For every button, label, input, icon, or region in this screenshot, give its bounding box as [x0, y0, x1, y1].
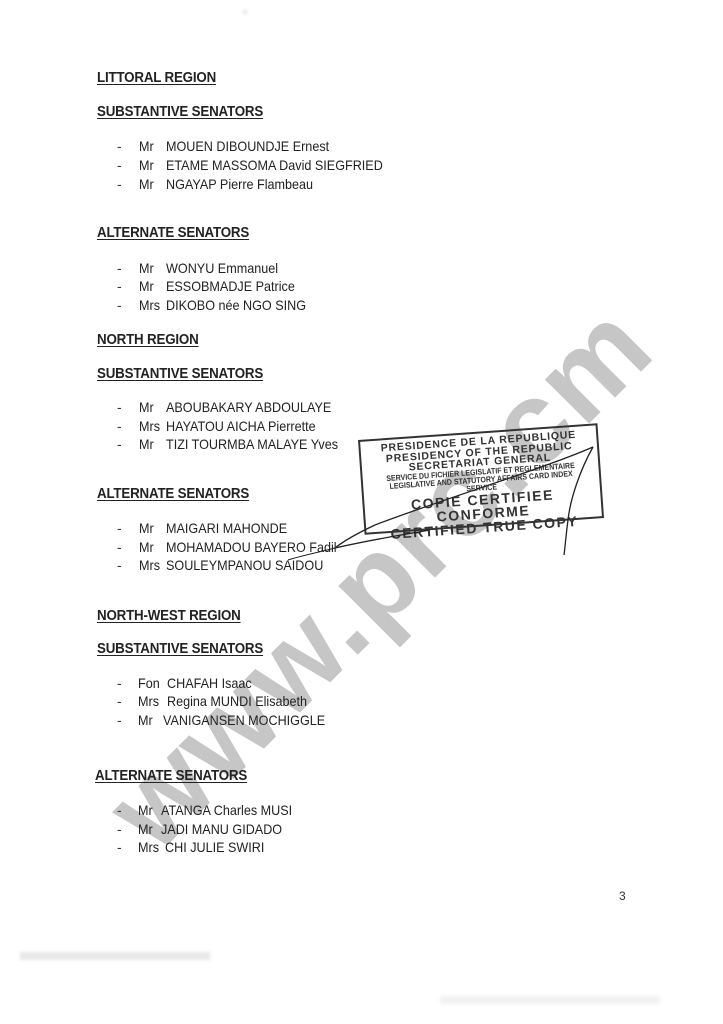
region-heading-littoral: LITTORAL REGION: [97, 70, 216, 86]
senator-name: MAIGARI MAHONDE: [166, 520, 287, 536]
bullet: -: [117, 675, 122, 691]
bullet: -: [117, 520, 122, 536]
senator-title: Mr: [138, 712, 153, 728]
senator-title: Fon: [138, 675, 160, 691]
senator-name: WONYU Emmanuel: [166, 260, 278, 276]
senator-title: Mr: [139, 157, 154, 173]
senator-title: Mrs: [139, 297, 160, 313]
senator-name: MOHAMADOU BAYERO Fadil: [166, 539, 337, 555]
bullet: -: [117, 278, 122, 294]
senator-title: Mr: [139, 260, 154, 276]
bullet: -: [117, 418, 122, 434]
senator-title: Mrs: [139, 557, 160, 573]
senator-name: VANIGANSEN MOCHIGGLE: [163, 712, 325, 728]
senator-name: TIZI TOURMBA MALAYE Yves: [166, 436, 338, 452]
substantive-heading-north-west: SUBSTANTIVE SENATORS: [97, 641, 263, 657]
senator-title: Mrs: [138, 839, 159, 855]
alternate-heading-littoral: ALTERNATE SENATORS: [97, 225, 249, 241]
senator-name: ATANGA Charles MUSI: [161, 802, 292, 818]
bullet: -: [117, 176, 122, 192]
bullet: -: [117, 138, 122, 154]
bullet: -: [117, 557, 122, 573]
senator-name: ETAME MASSOMA David SIEGFRIED: [166, 157, 383, 173]
substantive-heading-littoral: SUBSTANTIVE SENATORS: [97, 104, 263, 120]
senator-title: Mr: [139, 539, 154, 555]
senator-name: CHAFAH Isaac: [167, 675, 252, 691]
senator-name: NGAYAP Pierre Flambeau: [166, 176, 313, 192]
senator-name: MOUEN DIBOUNDJE Ernest: [166, 138, 329, 154]
bullet: -: [117, 297, 122, 313]
senator-title: Mr: [139, 278, 154, 294]
bullet: -: [117, 802, 122, 818]
bullet: -: [117, 839, 122, 855]
senator-name: DIKOBO née NGO SING: [166, 297, 306, 313]
bullet: -: [117, 399, 122, 415]
alternate-heading-north-west: ALTERNATE SENATORS: [95, 768, 247, 784]
bullet: -: [117, 712, 122, 728]
bleed-through-mark: [20, 952, 210, 960]
senator-title: Mr: [139, 436, 154, 452]
alternate-heading-north: ALTERNATE SENATORS: [97, 486, 249, 502]
senator-name: HAYATOU AICHA Pierrette: [166, 418, 316, 434]
bullet: -: [117, 436, 122, 452]
senator-name: ABOUBAKARY ABDOULAYE: [166, 399, 331, 415]
senator-title: Mrs: [139, 418, 160, 434]
senator-name: CHI JULIE SWIRI: [165, 839, 264, 855]
senator-title: Mr: [138, 802, 153, 818]
senator-name: ESSOBMADJE Patrice: [166, 278, 295, 294]
senator-title: Mr: [139, 176, 154, 192]
senator-name: JADI MANU GIDADO: [161, 821, 282, 837]
senator-title: Mr: [139, 520, 154, 536]
senator-name: Regina MUNDI Elisabeth: [167, 693, 307, 709]
senator-title: Mr: [139, 138, 154, 154]
bullet: -: [117, 539, 122, 555]
bullet: -: [117, 693, 122, 709]
region-heading-north: NORTH REGION: [97, 332, 199, 348]
bullet: -: [117, 260, 122, 276]
senator-title: Mrs: [138, 693, 159, 709]
certified-copy-stamp: PRESIDENCE DE LA REPUBLIQUE PRESIDENCY O…: [358, 423, 604, 535]
senator-title: Mr: [139, 399, 154, 415]
bullet: -: [117, 157, 122, 173]
senator-name: SOULEYMPANOU SAIDOU: [166, 557, 323, 573]
substantive-heading-north: SUBSTANTIVE SENATORS: [97, 366, 263, 382]
bleed-through-mark: [440, 996, 660, 1004]
region-heading-north-west: NORTH-WEST REGION: [97, 608, 241, 624]
bullet: -: [117, 821, 122, 837]
bleed-through-mark: [243, 10, 247, 14]
page-number: 3: [619, 889, 626, 903]
senator-title: Mr: [138, 821, 153, 837]
